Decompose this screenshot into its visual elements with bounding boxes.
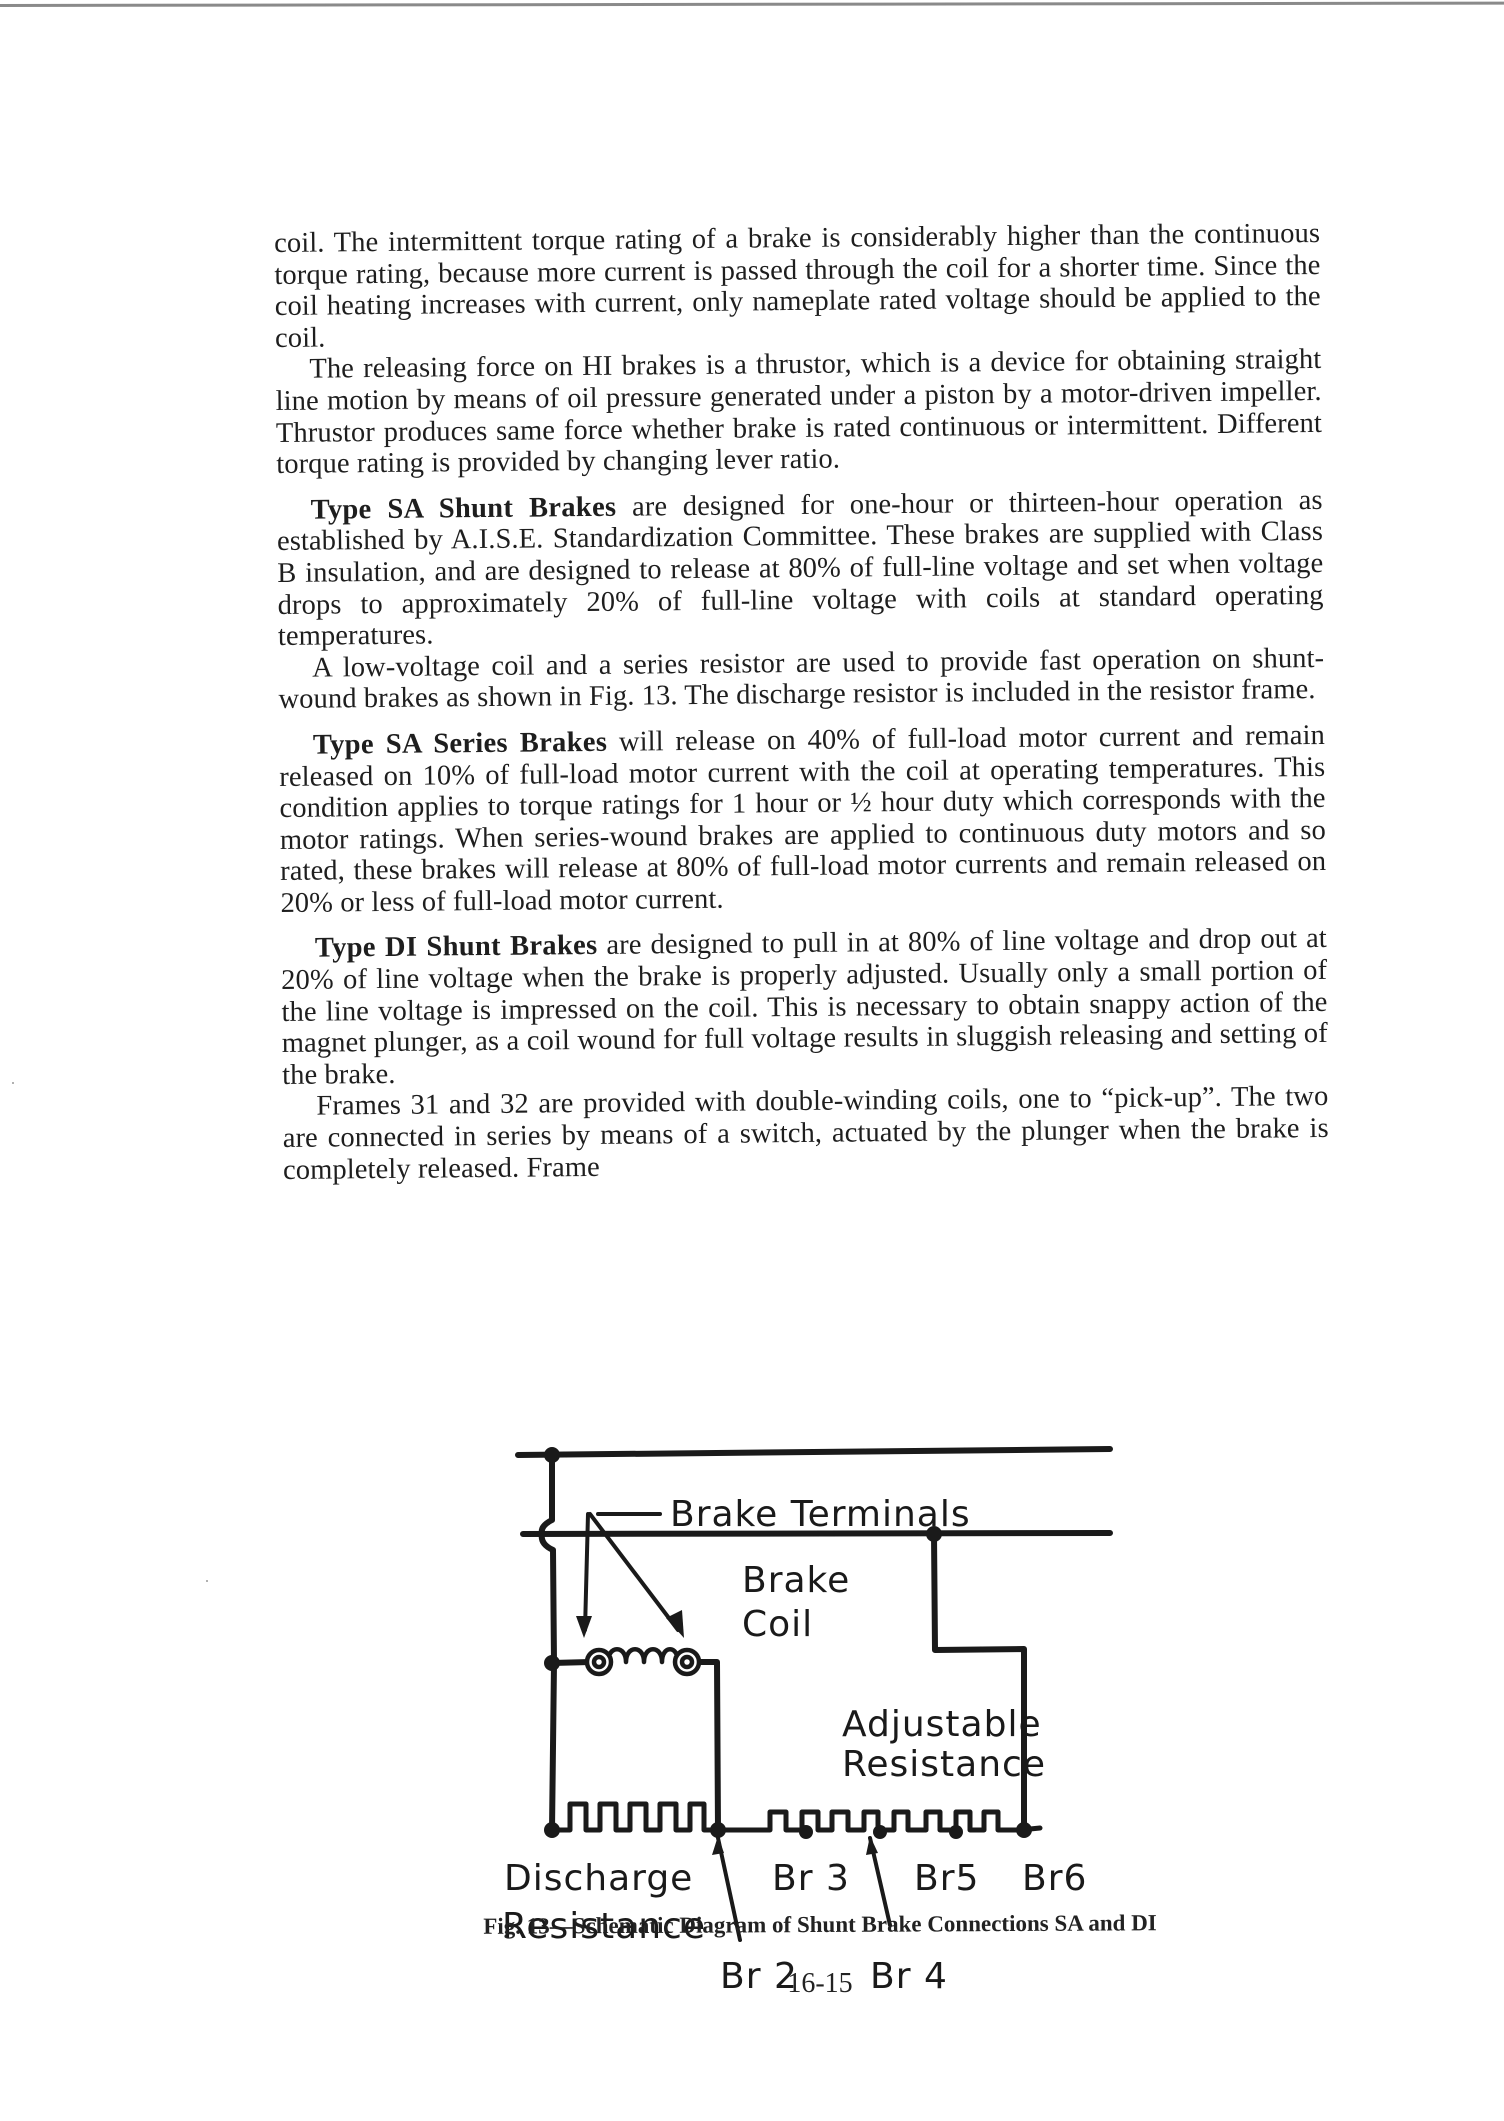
left-bus-wire xyxy=(542,1455,554,1830)
label-brake-coil-2: Coil xyxy=(742,1604,813,1645)
paragraph-type-sa-series: Type SA Series Brakes will release on 40… xyxy=(279,720,1327,920)
supply-line-top xyxy=(518,1449,1110,1455)
figure-caption: Fig. 13—Schematic Diagram of Shunt Brake… xyxy=(350,1910,1290,1941)
label-brake-coil-1: Brake xyxy=(742,1560,850,1601)
paragraph-lead-heading: Type SA Series Brakes xyxy=(313,727,607,761)
discharge-resistor xyxy=(552,1804,718,1830)
arrowhead-br2 xyxy=(712,1836,724,1855)
paragraph-lead-heading: Type SA Shunt Brakes xyxy=(311,491,617,525)
label-adjustable-2: Resistance xyxy=(842,1744,1046,1785)
label-br6: Br6 xyxy=(1022,1858,1087,1899)
label-brake-terminals: Brake Terminals xyxy=(670,1494,971,1535)
paragraph-text: Frames 31 and 32 are provided with doubl… xyxy=(283,1081,1329,1185)
label-adjustable-1: Adjustable xyxy=(842,1704,1042,1745)
paragraph-text: A low-voltage coil and a series resistor… xyxy=(278,643,1324,716)
paragraph-coil-rating: coil. The intermittent torque rating of … xyxy=(274,218,1321,354)
paragraph-type-sa-shunt: Type SA Shunt Brakes are designed for on… xyxy=(277,485,1324,653)
paragraph-text: coil. The intermittent torque rating of … xyxy=(274,218,1321,354)
paragraph-text: The releasing force on HI brakes is a th… xyxy=(276,344,1323,480)
body-text: coil. The intermittent torque rating of … xyxy=(274,218,1329,1186)
scan-top-edge-line xyxy=(0,2,1504,7)
paragraph-type-di-shunt: Type DI Shunt Brakes are designed to pul… xyxy=(281,923,1328,1091)
scan-speck xyxy=(206,1580,208,1582)
scan-speck xyxy=(12,1082,14,1084)
label-discharge-1: Discharge xyxy=(504,1858,693,1899)
page-number: 16-15 xyxy=(700,1968,940,2000)
schematic-diagram-figure: Brake Terminals Brake Coil Adjustable Re… xyxy=(480,1440,1120,1900)
label-br3: Br 3 xyxy=(772,1858,850,1899)
brake-coil-winding xyxy=(608,1649,678,1662)
paragraph-hi-brakes-thrustor: The releasing force on HI brakes is a th… xyxy=(275,344,1322,480)
paragraph-lead-heading: Type DI Shunt Brakes xyxy=(315,930,598,964)
paragraph-frames-31-32: Frames 31 and 32 are provided with doubl… xyxy=(282,1081,1329,1186)
paragraph-low-voltage-coil: A low-voltage coil and a series resistor… xyxy=(278,643,1325,716)
arrowhead-left-terminal xyxy=(576,1616,592,1638)
arrowhead-right-terminal xyxy=(666,1610,684,1638)
label-br5: Br5 xyxy=(914,1858,979,1899)
